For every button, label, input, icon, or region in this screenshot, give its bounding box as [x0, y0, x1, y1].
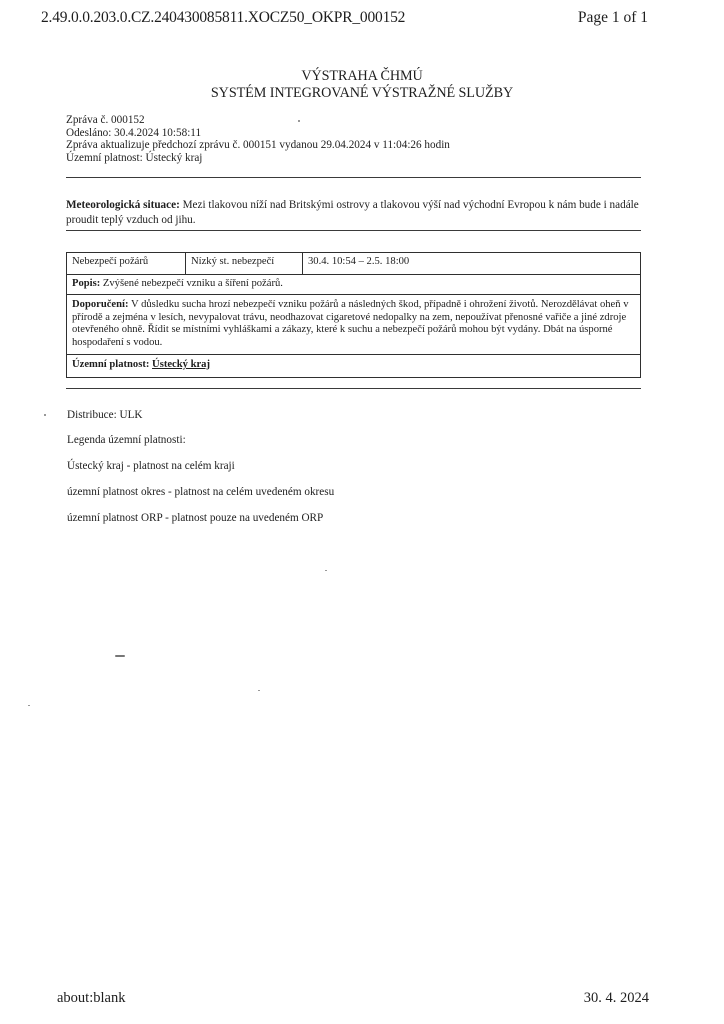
- scan-speck: [44, 414, 46, 416]
- meteo-label: Meteorologická situace:: [66, 199, 180, 211]
- page-info: Page 1 of 1: [578, 9, 648, 27]
- title-line-2: SYSTÉM INTEGROVANÉ VÝSTRAŽNÉ SLUŽBY: [0, 85, 724, 102]
- meteorological-situation: Meteorologická situace: Mezi tlakovou ní…: [66, 198, 641, 227]
- recommendation-cell: Doporučení: V důsledku sucha hrozí nebez…: [67, 294, 641, 354]
- scan-speck: [325, 570, 327, 571]
- phenomenon: Nebezpečí požárů: [67, 253, 186, 275]
- legend-item-region: Ústecký kraj - platnost na celém kraji: [67, 460, 235, 472]
- footer-url: about:blank: [57, 990, 125, 1007]
- validity-period: 30.4. 10:54 – 2.5. 18:00: [303, 253, 641, 275]
- message-number: Zpráva č. 000152: [66, 114, 450, 127]
- recommendation-row: Doporučení: V důsledku sucha hrozí nebez…: [67, 294, 641, 354]
- description-cell: Popis: Zvýšené nebezpečí vzniku a šíření…: [67, 275, 641, 295]
- description-label: Popis:: [72, 278, 100, 289]
- divider: [66, 230, 641, 231]
- territory-row: Územní platnost: Ústecký kraj: [67, 354, 641, 377]
- legend-item-district: územní platnost okres - platnost na celé…: [67, 486, 334, 498]
- description-row: Popis: Zvýšené nebezpečí vzniku a šíření…: [67, 275, 641, 295]
- scan-speck: [298, 120, 300, 122]
- territorial-validity: Územní platnost: Ústecký kraj: [66, 152, 450, 165]
- recommendation-text: V důsledku sucha hrozí nebezpečí vzniku …: [72, 299, 629, 348]
- scan-speck: [28, 705, 30, 706]
- document-title: VÝSTRAHA ČHMÚ SYSTÉM INTEGROVANÉ VÝSTRAŽ…: [0, 68, 724, 102]
- territory-cell: Územní platnost: Ústecký kraj: [67, 354, 641, 377]
- scan-speck: [258, 690, 260, 691]
- sent-time: Odesláno: 30.4.2024 10:58:11: [66, 127, 450, 140]
- divider: [66, 388, 641, 389]
- legend-item-orp: územní platnost ORP - platnost pouze na …: [67, 512, 323, 524]
- territory-label: Územní platnost:: [72, 359, 149, 370]
- document-id: 2.49.0.0.203.0.CZ.240430085811.XOCZ50_OK…: [41, 9, 405, 27]
- title-line-1: VÝSTRAHA ČHMÚ: [0, 68, 724, 85]
- recommendation-label: Doporučení:: [72, 299, 129, 310]
- description-text: Zvýšené nebezpečí vzniku a šíření požárů…: [100, 278, 283, 289]
- update-note: Zpráva aktualizuje předchozí zprávu č. 0…: [66, 139, 450, 152]
- footer-date: 30. 4. 2024: [584, 990, 649, 1007]
- territory-link[interactable]: Ústecký kraj: [152, 359, 210, 370]
- legend-title: Legenda územní platnosti:: [67, 434, 186, 446]
- danger-level: Nízký st. nebezpečí: [186, 253, 303, 275]
- warning-table: Nebezpečí požárů Nízký st. nebezpečí 30.…: [66, 252, 641, 378]
- divider: [66, 177, 641, 178]
- distribution: Distribuce: ULK: [67, 409, 143, 421]
- warning-summary-row: Nebezpečí požárů Nízký st. nebezpečí 30.…: [67, 253, 641, 275]
- message-info: Zpráva č. 000152 Odesláno: 30.4.2024 10:…: [66, 114, 450, 164]
- scan-speck: [115, 655, 125, 657]
